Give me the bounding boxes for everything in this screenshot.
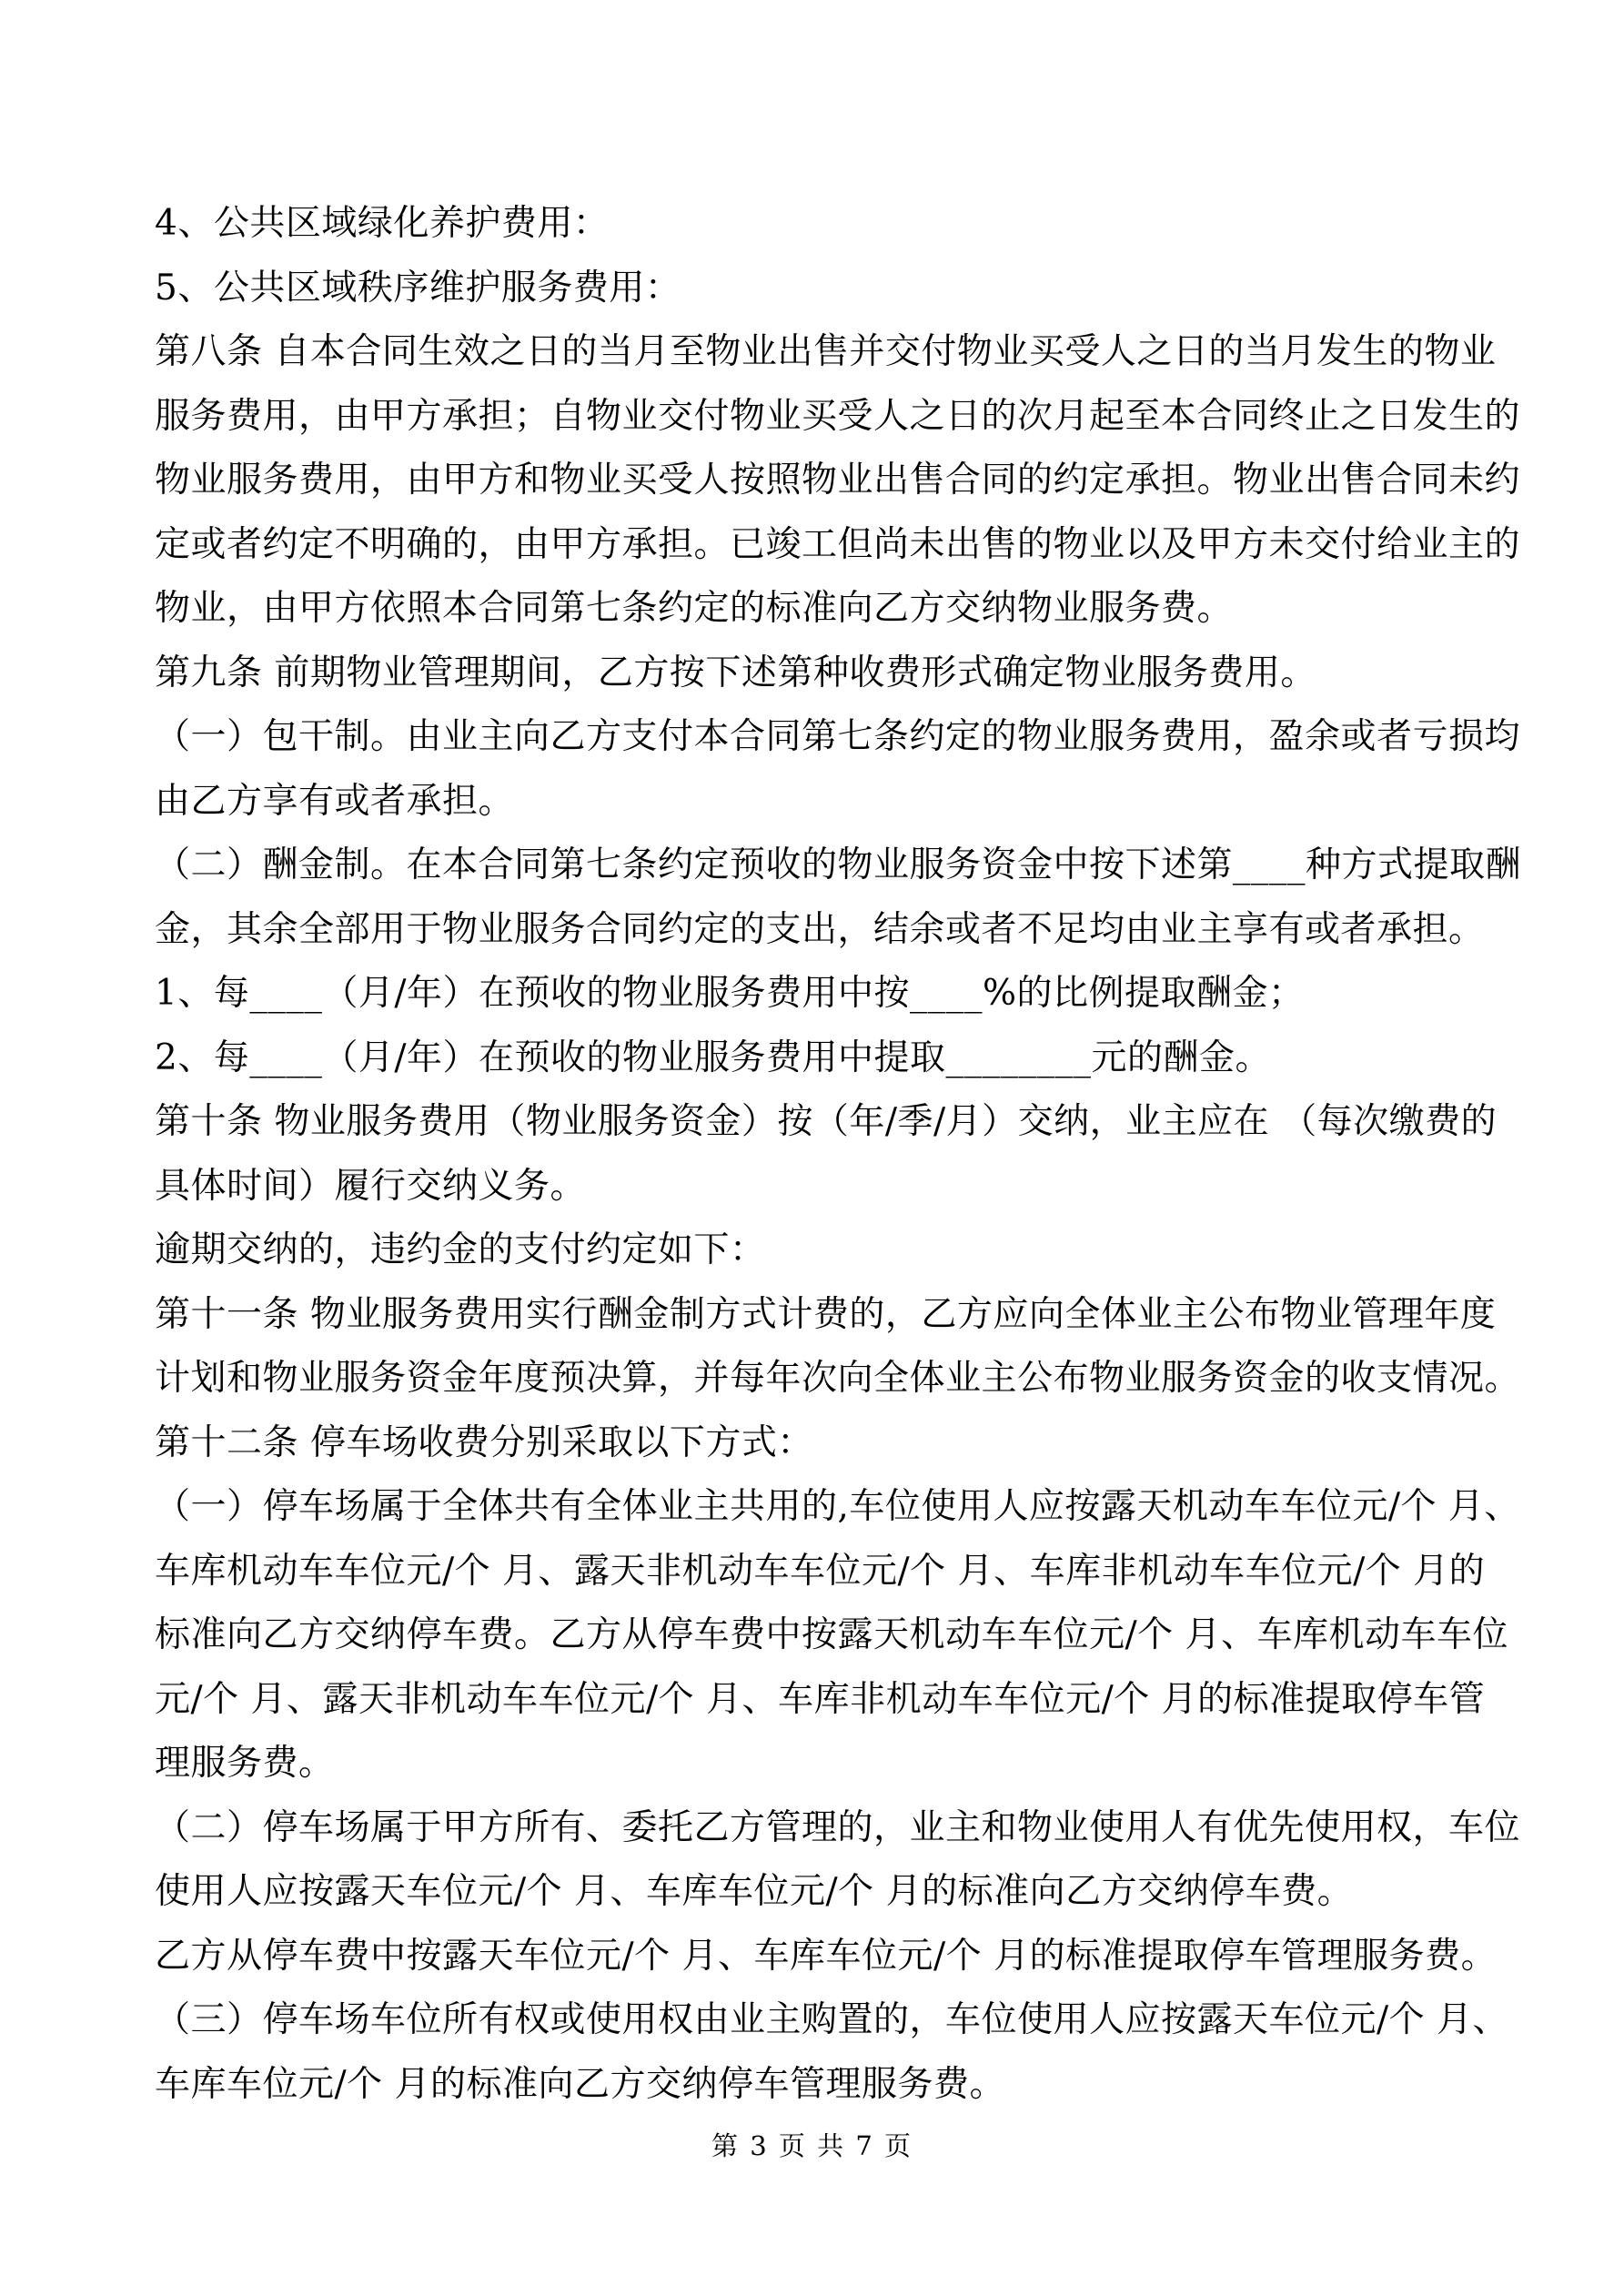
text-line: 5、公共区域秩序维护服务费用： — [155, 257, 1538, 321]
text-line: 第八条 自本合同生效之日的当月至物业出售并交付物业买受人之日的当月发生的物业 — [155, 320, 1538, 385]
text-line: 服务费用，由甲方承担；自物业交付物业买受人之日的次月起至本合同终止之日发生的 — [155, 385, 1538, 450]
text-line: 车库车位元/个 月的标准向乙方交纳停车管理服务费。 — [155, 2053, 1538, 2118]
text-line: 定或者约定不明确的，由甲方承担。已竣工但尚未出售的物业以及甲方未交付给业主的 — [155, 513, 1538, 578]
text-line: 具体时间）履行交纳义务。 — [155, 1155, 1538, 1219]
text-line: 使用人应按露天车位元/个 月、车库车位元/个 月的标准向乙方交纳停车费。 — [155, 1860, 1538, 1925]
text-line: （二）酬金制。在本合同第七条约定预收的物业服务资金中按下述第____种方式提取酬 — [155, 834, 1538, 898]
text-line: （一）停车场属于全体共有全体业主共用的,车位使用人应按露天机动车车位元/个 月、 — [155, 1475, 1538, 1540]
text-line: （一）包干制。由业主向乙方支付本合同第七条约定的物业服务费用，盈余或者亏损均 — [155, 705, 1538, 770]
text-line: 计划和物业服务资金年度预决算，并每年次向全体业主公布物业服务资金的收支情况。 — [155, 1347, 1538, 1411]
document-body: 4、公共区域绿化养护费用：5、公共区域秩序维护服务费用：第八条 自本合同生效之日… — [155, 192, 1538, 2117]
text-line: 由乙方享有或者承担。 — [155, 770, 1538, 834]
text-line: 理服务费。 — [155, 1732, 1538, 1796]
text-line: 第十条 物业服务费用（物业服务资金）按（年/季/月）交纳，业主应在 （每次缴费的 — [155, 1090, 1538, 1155]
text-line: 物业，由甲方依照本合同第七条约定的标准向乙方交纳物业服务费。 — [155, 577, 1538, 642]
text-line: 标准向乙方交纳停车费。乙方从停车费中按露天机动车车位元/个 月、车库机动车车位 — [155, 1603, 1538, 1668]
text-line: 金，其余全部用于物业服务合同约定的支出，结余或者不足均由业主享有或者承担。 — [155, 898, 1538, 963]
text-line: 元/个 月、露天非机动车车位元/个 月、车库非机动车车位元/个 月的标准提取停车… — [155, 1668, 1538, 1733]
text-line: 第十一条 物业服务费用实行酬金制方式计费的，乙方应向全体业主公布物业管理年度 — [155, 1283, 1538, 1348]
text-line: （三）停车场车位所有权或使用权由业主购置的，车位使用人应按露天车位元/个 月、 — [155, 1988, 1538, 2053]
text-line: 乙方从停车费中按露天车位元/个 月、车库车位元/个 月的标准提取停车管理服务费。 — [155, 1925, 1538, 1989]
page-number-text: 第 3 页 共 7 页 — [711, 2130, 913, 2161]
page-footer: 第 3 页 共 7 页 — [0, 2126, 1624, 2163]
text-line: 第十二条 停车场收费分别采取以下方式： — [155, 1411, 1538, 1476]
text-line: 车库机动车车位元/个 月、露天非机动车车位元/个 月、车库非机动车车位元/个 月… — [155, 1540, 1538, 1604]
document-page: 4、公共区域绿化养护费用：5、公共区域秩序维护服务费用：第八条 自本合同生效之日… — [0, 0, 1624, 2296]
text-line: 4、公共区域绿化养护费用： — [155, 192, 1538, 257]
text-line: 第九条 前期物业管理期间，乙方按下述第种收费形式确定物业服务费用。 — [155, 642, 1538, 706]
text-line: 物业服务费用，由甲方和物业买受人按照物业出售合同的约定承担。物业出售合同未约 — [155, 449, 1538, 513]
text-line: （二）停车场属于甲方所有、委托乙方管理的，业主和物业使用人有优先使用权，车位 — [155, 1796, 1538, 1861]
text-line: 逾期交纳的，违约金的支付约定如下： — [155, 1219, 1538, 1283]
text-line: 1、每____（月/年）在预收的物业服务费用中按____%的比例提取酬金； — [155, 962, 1538, 1027]
text-line: 2、每____（月/年）在预收的物业服务费用中提取________元的酬金。 — [155, 1027, 1538, 1091]
